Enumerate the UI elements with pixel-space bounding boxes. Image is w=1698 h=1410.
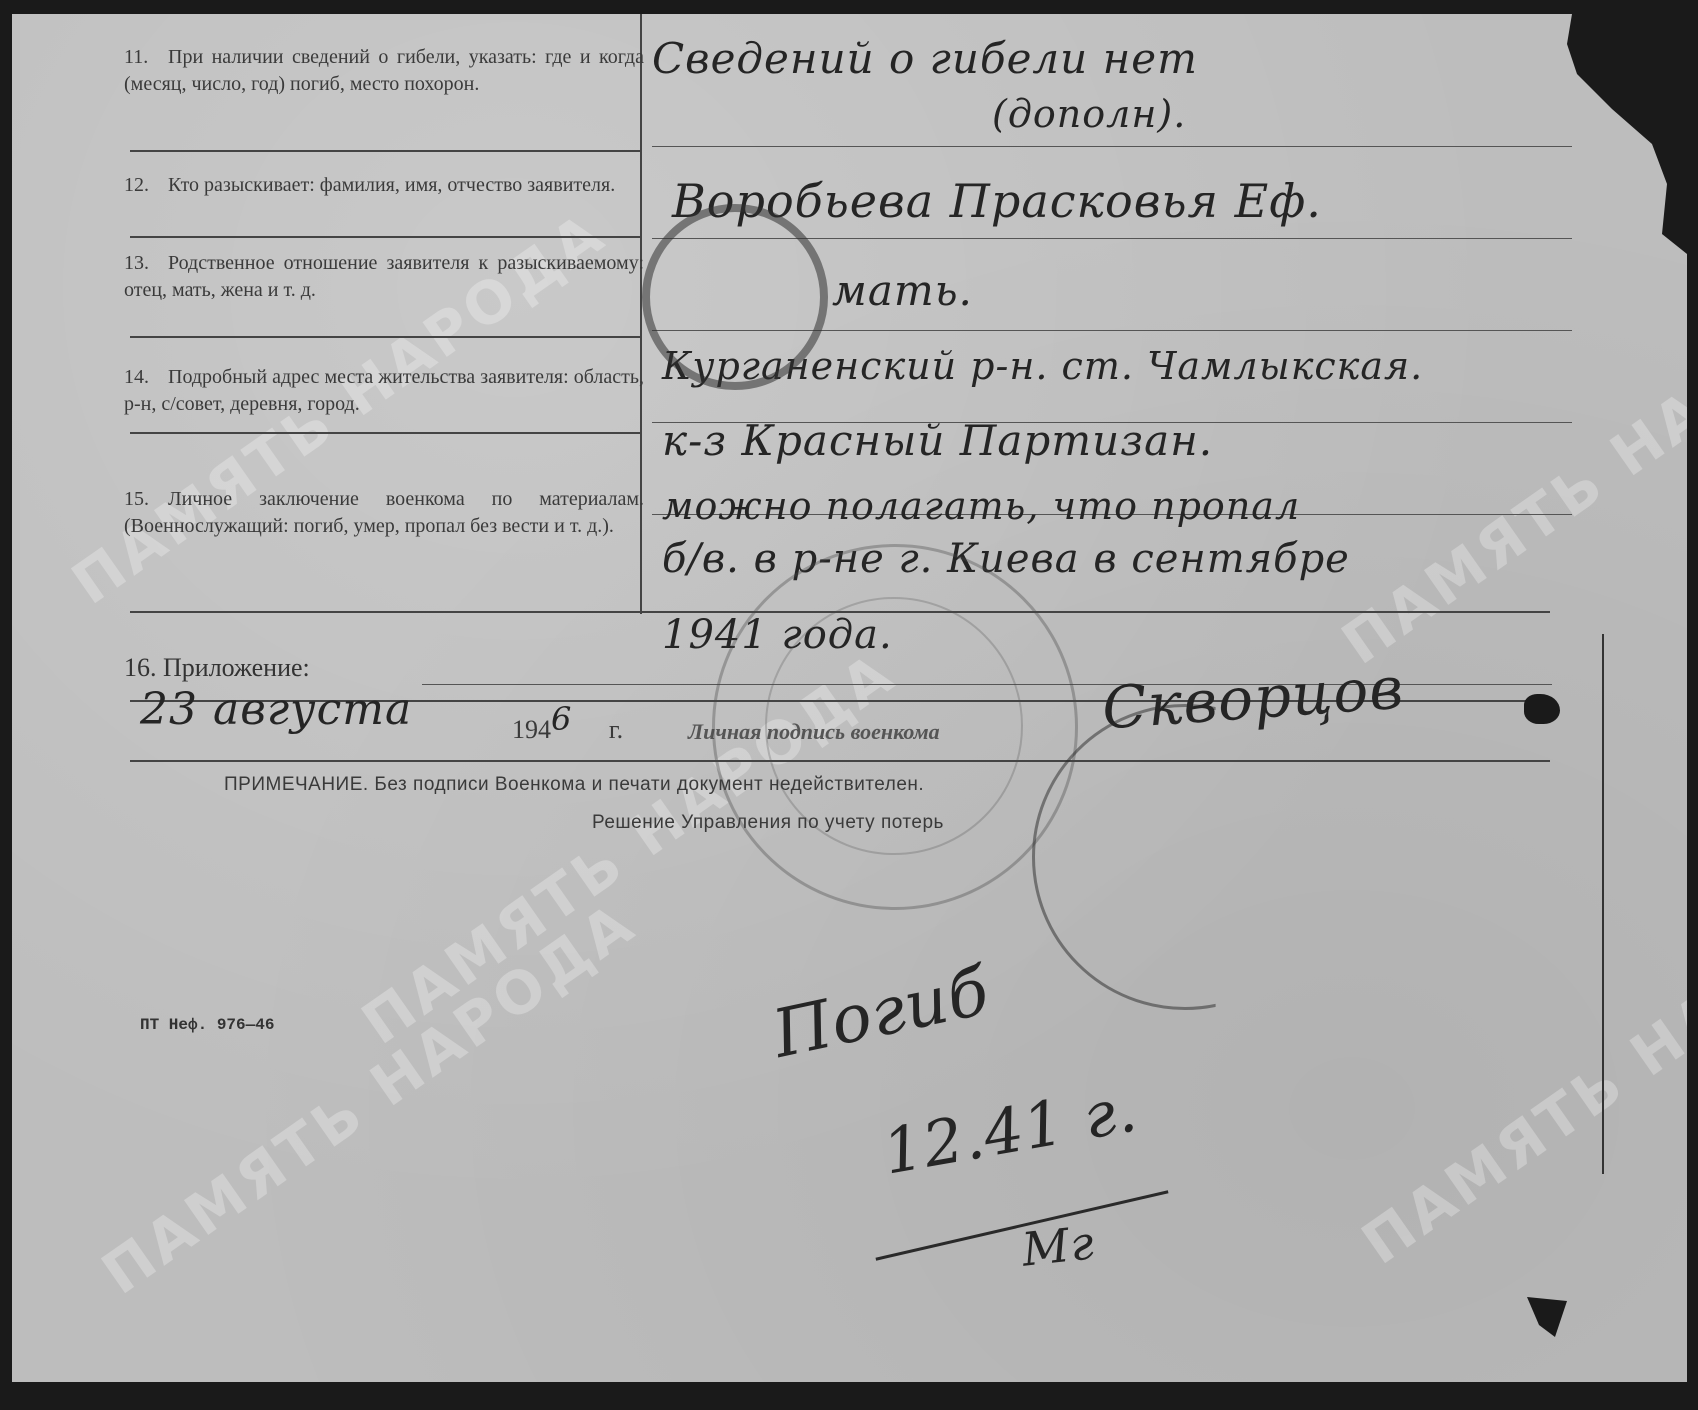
answer-11-line-1: Сведений о гибели нет	[652, 34, 1198, 83]
military-commissariat-seal	[712, 544, 1078, 910]
rule	[130, 236, 642, 238]
paper-hole	[1527, 1297, 1567, 1337]
paper-hole	[1524, 694, 1560, 724]
rule	[130, 150, 642, 152]
margin-vertical-line	[1602, 634, 1604, 1174]
form-code: ПТ Неф. 976—46	[140, 1016, 274, 1034]
answer-14-line-2: к-з Красный Партизан.	[662, 416, 1213, 465]
watermark: ПАМЯТЬ НАРОДА	[90, 888, 648, 1307]
answer-15-line-2: б/в. в р-не г. Киева в сентябре	[662, 536, 1350, 582]
answer-11-line-2: (дополн).	[992, 92, 1186, 136]
answer-rule	[652, 146, 1572, 147]
round-stamp-small	[642, 204, 828, 390]
marginal-note-pogib: Погиб	[766, 952, 996, 1073]
field-13-label: 13.Родственное отношение заявителя к раз…	[124, 250, 644, 304]
field-14-label: 14.Подробный адрес места жительства заяв…	[124, 364, 644, 418]
field-11-label: 11.При наличии сведений о гибели, указат…	[124, 44, 644, 98]
date-day-month: 23 августа	[140, 684, 412, 735]
document-paper: ПАМЯТЬ НАРОДА ПАМЯТЬ НАРОДА ПАМЯТЬ НАРОД…	[12, 14, 1687, 1382]
rule	[130, 336, 642, 338]
field-12-label: 12.Кто разыскивает: фамилия, имя, отчест…	[124, 172, 644, 199]
field-15-label: 15.Личное заключение военкома по материа…	[124, 486, 644, 540]
rule	[130, 432, 642, 434]
watermark: ПАМЯТЬ НАРОДА	[1350, 858, 1698, 1277]
marginal-note-date: 12.41 г.	[878, 1072, 1143, 1188]
watermark: ПАМЯТЬ НАРОДА	[1330, 258, 1698, 677]
date-year: 1946 г.	[512, 714, 623, 743]
seal-inner-ring	[765, 597, 1023, 855]
answer-13: мать.	[832, 266, 973, 315]
marginal-note-initials: Мг	[1019, 1215, 1097, 1276]
field-16-label: 16. Приложение:	[124, 654, 310, 681]
postal-stamp	[1032, 704, 1338, 1010]
answer-15-line-1: можно полагать, что пропал	[662, 484, 1300, 528]
